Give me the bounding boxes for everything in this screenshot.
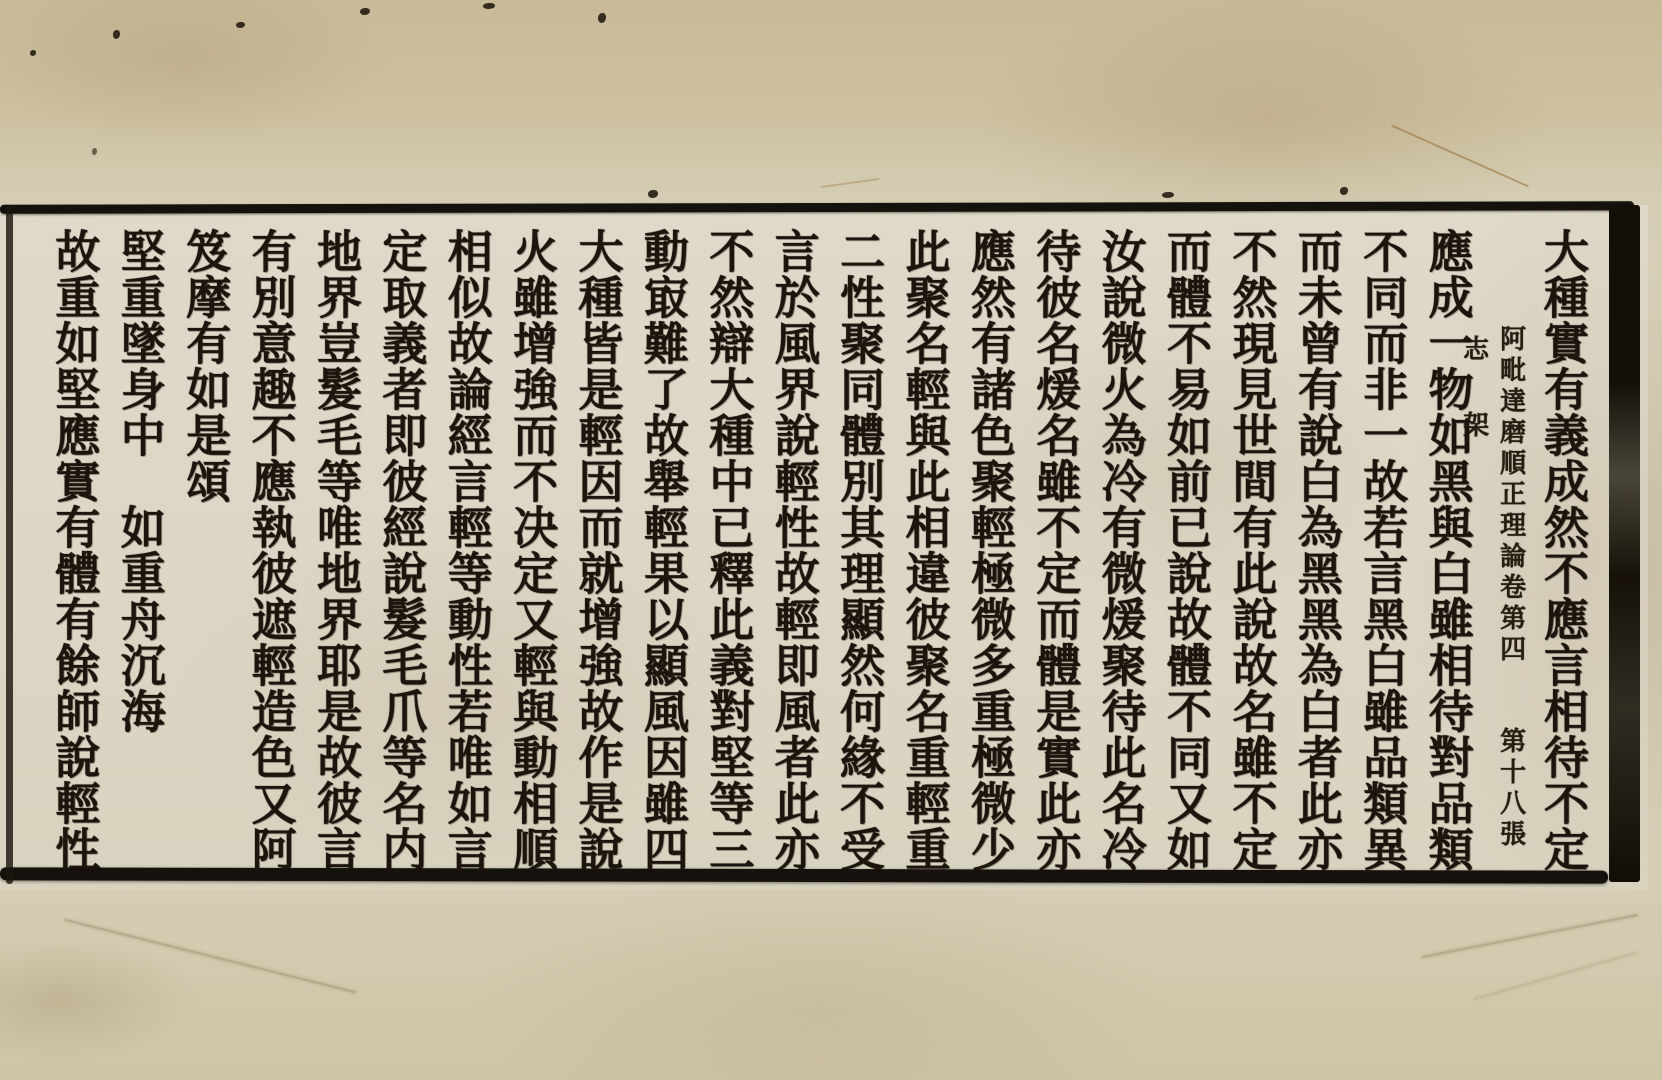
ink-speck (236, 22, 245, 28)
text-column: 而未曾有說白為黑黑為白者此亦 (1283, 228, 1348, 878)
paper-fiber (1391, 125, 1529, 188)
text-column: 相似故論經言輕等動性若唯如言 (433, 228, 498, 878)
ink-speck (360, 8, 370, 15)
text-column: 有別意趣不應執彼遮輕造色又阿 (237, 228, 302, 878)
text-column: 汝說微火為冷有微煖聚待此名冷 (1087, 228, 1152, 878)
text-column: 笈摩有如是頌 (172, 228, 237, 878)
ink-speck (483, 3, 495, 9)
margin-title-column: 阿毗達磨順正理論卷第四 第十八張 志 架 (1480, 228, 1530, 878)
manuscript-page: 大種實有義成然不應言相待不定 阿毗達磨順正理論卷第四 第十八張 志 架 應成一物… (0, 0, 1662, 1080)
text-column: 不然現見世間有此說故名雖不定 (1218, 228, 1283, 878)
text-column: 而體不易如前已說故體不同又如 (1153, 228, 1218, 878)
text-block: 大種實有義成然不應言相待不定 阿毗達磨順正理論卷第四 第十八張 志 架 應成一物… (35, 228, 1595, 878)
ink-speck (92, 148, 97, 155)
text-column: 火雖增強而不决定又輕與動相順 (499, 228, 564, 878)
paper-crease (1473, 952, 1637, 1001)
text-column: 言於風界說輕性故輕即風者此亦 (760, 228, 825, 878)
ink-speck (113, 30, 120, 39)
text-column: 不然辯大種中已釋此義對堅等三 (695, 228, 760, 878)
work-title: 阿毗達磨順正理論卷第四 (1496, 325, 1526, 666)
ink-speck (1340, 187, 1348, 195)
text-column verse-column: 堅重墜身中 如重舟沉海 (106, 228, 171, 878)
paper-crease (1422, 914, 1638, 958)
text-column: 此聚名輕與此相違彼聚名重輕重 (891, 228, 956, 878)
ink-speck (598, 13, 606, 23)
ink-speck (648, 190, 658, 198)
frame-border-right (1609, 205, 1640, 882)
text-column: 不同而非一故若言黑白雖品類異 (1349, 228, 1414, 878)
text-column: 應然有諸色聚輕極微多重極微少 (956, 228, 1021, 878)
ink-speck (30, 50, 36, 56)
text-column: 定取義者即彼經說髮毛爪等名内 (368, 228, 433, 878)
text-column: 大種實有義成然不應言相待不定 (1530, 228, 1595, 878)
text-column: 動㝡難了故舉輕果以顯風因雖四 (630, 228, 695, 878)
ink-speck (1162, 192, 1174, 198)
sheet-number-label: 第十八張 (1496, 727, 1526, 851)
paper-crease (64, 919, 356, 994)
frame-border-left (6, 206, 13, 884)
text-column: 地界豈髮毛等唯地界耶是故彼言 (303, 228, 368, 878)
text-column: 待彼名煖名雖不定而體是實此亦 (1022, 228, 1087, 878)
text-column: 二性聚同體別其理顯然何緣不受 (826, 228, 891, 878)
text-column: 應成一物如黑與白雖相待對品類 (1414, 228, 1479, 878)
text-column: 故重如堅應實有體有餘師說輕性 (41, 228, 106, 878)
text-column: 大種皆是輕因而就增強故作是說 (564, 228, 629, 878)
paper-fiber (820, 178, 880, 188)
